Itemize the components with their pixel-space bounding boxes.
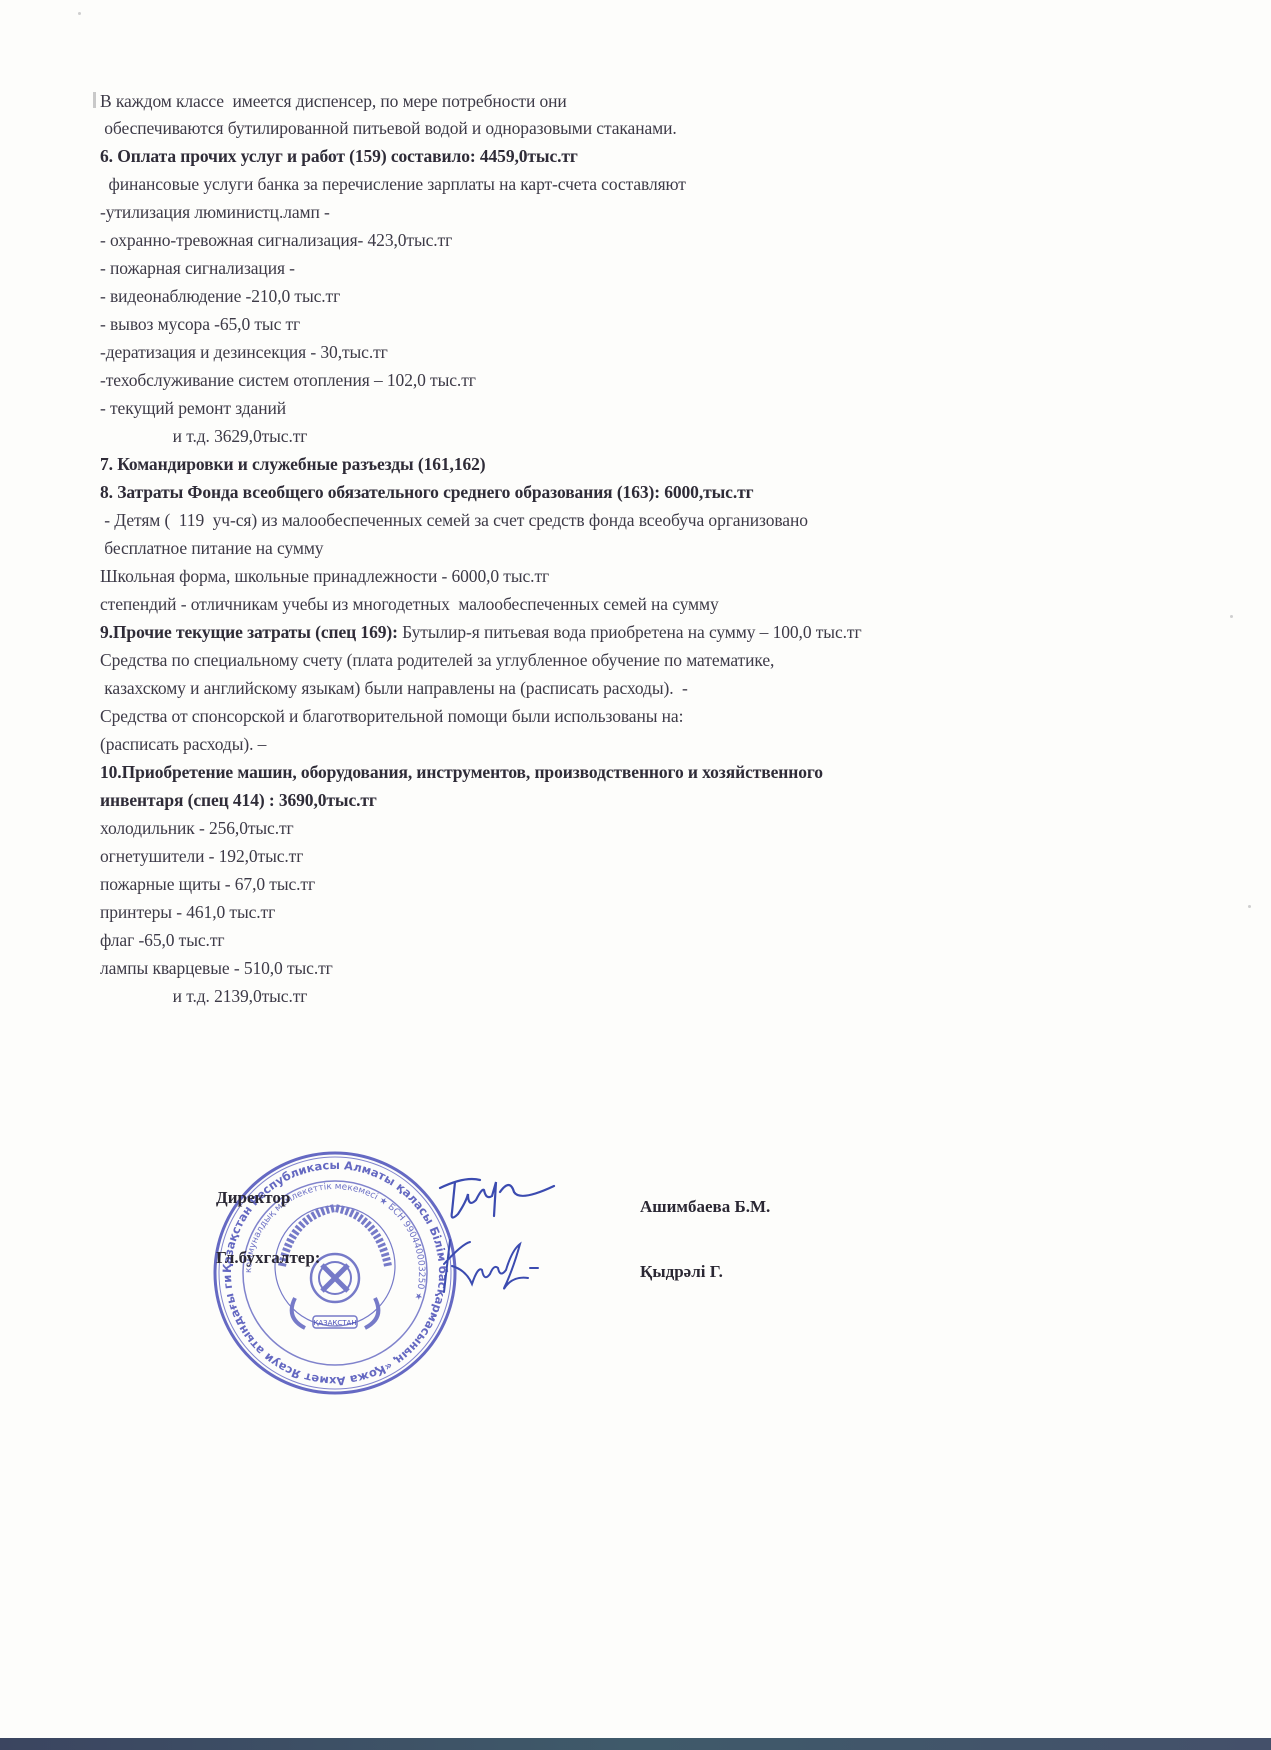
- section-heading: 6. Оплата прочих услуг и работ (159) сос…: [100, 146, 578, 167]
- document-line: -утилизация люминистц.ламп -: [100, 202, 330, 223]
- document-line: Средства от спонсорской и благотворитель…: [100, 706, 683, 727]
- accountant-signature-icon: [430, 1232, 570, 1302]
- document-line: принтеры - 461,0 тыс.тг: [100, 902, 275, 923]
- document-line: лампы кварцевые - 510,0 тыс.тг: [100, 958, 333, 979]
- document-line: Средства по специальному счету (плата ро…: [100, 650, 774, 671]
- section-heading: инвентаря (спец 414) : 3690,0тыс.тг: [100, 790, 377, 811]
- section-heading: 10.Приобретение машин, оборудования, инс…: [100, 762, 823, 783]
- document-line: обеспечиваются бутилированной питьевой в…: [100, 118, 677, 139]
- document-line: - видеонаблюдение -210,0 тыс.тг: [100, 286, 340, 307]
- scan-speck: [1230, 615, 1233, 618]
- scan-margin-mark: [93, 92, 96, 108]
- document-line: - вывоз мусора -65,0 тыс тг: [100, 314, 300, 335]
- document-line: и т.д. 2139,0тыс.тг: [100, 986, 307, 1007]
- scan-speck: [1248, 905, 1251, 908]
- section-heading: 9.Прочие текущие затраты (спец 169):: [100, 622, 402, 642]
- official-stamp-icon: Қазақстан Республикасы Алматы қаласы Біл…: [210, 1148, 460, 1398]
- director-name: Ашимбаева Б.М.: [640, 1197, 770, 1217]
- scan-bottom-edge: [0, 1738, 1271, 1750]
- document-line: 9.Прочие текущие затраты (спец 169): Бут…: [100, 622, 862, 643]
- document-line: пожарные щиты - 67,0 тыс.тг: [100, 874, 315, 895]
- document-line: - охранно-тревожная сигнализация- 423,0т…: [100, 230, 452, 251]
- section-text: Бутылир-я питьевая вода приобретена на с…: [402, 622, 861, 642]
- scanned-document-page: В каждом классе имеется диспенсер, по ме…: [0, 0, 1271, 1750]
- chief-accountant-label: Гл.бухгалтер:: [216, 1248, 320, 1268]
- document-line: финансовые услуги банка за перечисление …: [100, 174, 686, 195]
- document-line: В каждом классе имеется диспенсер, по ме…: [100, 91, 567, 112]
- document-line: холодильник - 256,0тыс.тг: [100, 818, 294, 839]
- document-line: - Детям ( 119 уч-ся) из малообеспеченных…: [100, 510, 808, 531]
- document-line: огнетушители - 192,0тыс.тг: [100, 846, 303, 867]
- document-line: флаг -65,0 тыс.тг: [100, 930, 224, 951]
- document-line: Школьная форма, школьные принадлежности …: [100, 566, 549, 587]
- document-line: бесплатное питание на сумму: [100, 538, 323, 559]
- section-heading: 8. Затраты Фонда всеобщего обязательного…: [100, 482, 753, 503]
- document-line: -техобслуживание систем отопления – 102,…: [100, 370, 476, 391]
- scan-speck: [78, 12, 81, 15]
- document-line: степендий - отличникам учебы из многодет…: [100, 594, 719, 615]
- director-signature-icon: [430, 1170, 570, 1230]
- document-line: и т.д. 3629,0тыс.тг: [100, 426, 307, 447]
- director-label: Директор: [216, 1188, 290, 1208]
- document-line: казахскому и английскому языкам) были на…: [100, 678, 688, 699]
- section-heading: 7. Командировки и служебные разъезды (16…: [100, 454, 486, 475]
- svg-text:ҚАЗАҚСТАН: ҚАЗАҚСТАН: [313, 1319, 356, 1327]
- document-line: - текущий ремонт зданий: [100, 398, 286, 419]
- document-line: (расписать расходы). –: [100, 734, 266, 755]
- document-line: -дератизация и дезинсекция - 30,тыс.тг: [100, 342, 388, 363]
- document-line: - пожарная сигнализация -: [100, 258, 295, 279]
- chief-accountant-name: Қыдрәлі Г.: [640, 1262, 723, 1282]
